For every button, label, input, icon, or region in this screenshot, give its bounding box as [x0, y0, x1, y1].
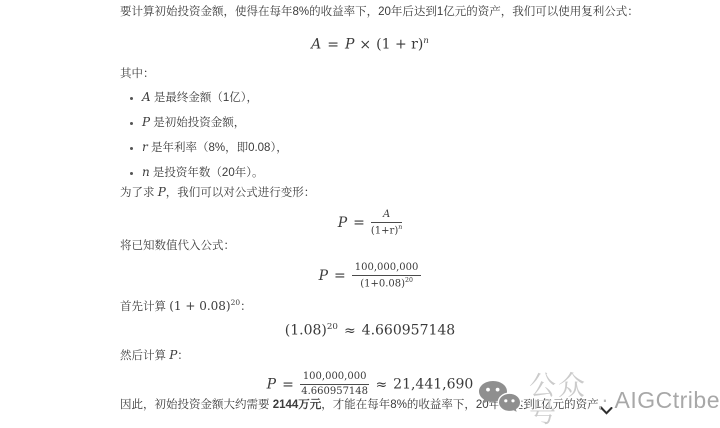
formula-var-P: P: [338, 215, 347, 231]
den-base: (1+0.08): [360, 278, 405, 289]
first-calc-pre: 首先计算: [120, 301, 169, 313]
fraction-numerator: 100,000,000: [352, 262, 422, 276]
transform-pre: 为了求: [120, 187, 158, 199]
equals-sign: =: [334, 268, 346, 284]
list-item-r: r 是年利率（8%，即0.08），: [142, 140, 288, 156]
var-r-desc: 是年利率（8%，即0.08），: [148, 142, 288, 154]
then-calc-pre: 然后计算: [120, 350, 169, 362]
approx-sign: ≈: [375, 377, 387, 393]
fraction-numerator: A: [371, 209, 402, 223]
among-text: 其中：: [120, 68, 155, 80]
formula-power-result: (1.08)20≈4.660957148: [120, 322, 620, 339]
den-base: (1+r): [371, 225, 398, 236]
den-exponent: 20: [405, 277, 413, 284]
den-exponent: n: [398, 224, 402, 231]
chevron-down-icon: [600, 402, 613, 420]
substitute-paragraph: 将已知数值代入公式：: [120, 239, 235, 254]
fraction-numerator: 100,000,000: [300, 371, 370, 385]
formula-var-P: P: [319, 268, 328, 284]
approx-sign: ≈: [344, 323, 356, 339]
substitute-text: 将已知数值代入公式：: [120, 240, 235, 252]
watermark-label: 公众号: [529, 373, 597, 427]
var-n: n: [142, 165, 150, 179]
watermark: 公众号 · AIGCtribe: [478, 376, 720, 424]
fraction-denominator: (1+r)n: [371, 223, 402, 237]
final-value: 21,441,690: [393, 377, 473, 393]
fraction: 100,000,0004.660957148: [300, 371, 370, 398]
equals-sign: =: [282, 377, 294, 393]
power-value: 4.660957148: [362, 323, 456, 339]
intro-text: 要计算初始投资金额，使得在每年8%的收益率下，20年后达到1亿元的资产，我们可以…: [120, 6, 639, 18]
list-item-n: n 是投资年数（20年）。: [142, 165, 288, 181]
conclusion-amount: 2144万元: [273, 399, 322, 411]
var-n-desc: 是投资年数（20年）。: [150, 167, 264, 179]
document: 要计算初始投资金额，使得在每年8%的收益率下，20年后达到1亿元的资产，我们可以…: [120, 0, 620, 428]
wechat-icon: [478, 380, 522, 421]
conclusion-pre: 因此，初始投资金额大约需要: [120, 399, 273, 411]
intro-paragraph: 要计算初始投资金额，使得在每年8%的收益率下，20年后达到1亿元的资产，我们可以…: [120, 5, 639, 20]
formula-substituted: P=100,000,000(1+0.08)20: [120, 262, 620, 290]
formula-var-A: A: [311, 37, 321, 53]
first-calc-colon: ：: [240, 301, 252, 313]
transform-paragraph: 为了求 P，我们可以对公式进行变形：: [120, 185, 315, 201]
equals-sign: =: [327, 37, 339, 53]
transform-post: ，我们可以对公式进行变形：: [166, 187, 316, 199]
formula-compound-interest: A=P×(1 + r)n: [120, 36, 620, 53]
var-A-desc: 是最终金额（1亿），: [151, 92, 258, 104]
then-calc-paragraph: 然后计算 P：: [120, 348, 189, 364]
watermark-brand: AIGCtribe: [615, 389, 720, 412]
power-exponent: 20: [327, 322, 338, 332]
power-base: (1.08): [285, 323, 327, 339]
equals-sign: =: [353, 215, 365, 231]
list-item-P: P 是初始投资金额，: [142, 115, 288, 131]
fraction: A(1+r)n: [371, 209, 402, 237]
formula-var-P: P: [267, 377, 276, 393]
expr-exponent: 20: [231, 298, 240, 307]
var-P: P: [142, 115, 150, 129]
formula-base: (1 + r): [376, 37, 423, 53]
inline-expression: (1 + 0.08)20: [169, 299, 240, 313]
var-A: A: [142, 90, 151, 104]
fraction: 100,000,000(1+0.08)20: [352, 262, 422, 290]
variable-list: A 是最终金额（1亿）， P 是初始投资金额， r 是年利率（8%，即0.08）…: [120, 90, 288, 190]
first-calc-paragraph: 首先计算 (1 + 0.08)20：: [120, 295, 252, 315]
formula-rearranged: P=A(1+r)n: [120, 209, 620, 237]
inline-var-P: P: [158, 185, 166, 199]
formula-exponent-n: n: [423, 36, 429, 46]
formula-var-P: P: [345, 37, 354, 53]
list-item-A: A 是最终金额（1亿），: [142, 90, 288, 106]
fraction-denominator: 4.660957148: [300, 385, 370, 398]
expr-base: (1 + 0.08): [169, 299, 230, 313]
among-label: 其中：: [120, 67, 155, 82]
fraction-denominator: (1+0.08)20: [352, 276, 422, 290]
var-P-desc: 是初始投资金额，: [150, 117, 245, 129]
times-sign: ×: [359, 37, 371, 53]
then-calc-colon: ：: [177, 350, 189, 362]
